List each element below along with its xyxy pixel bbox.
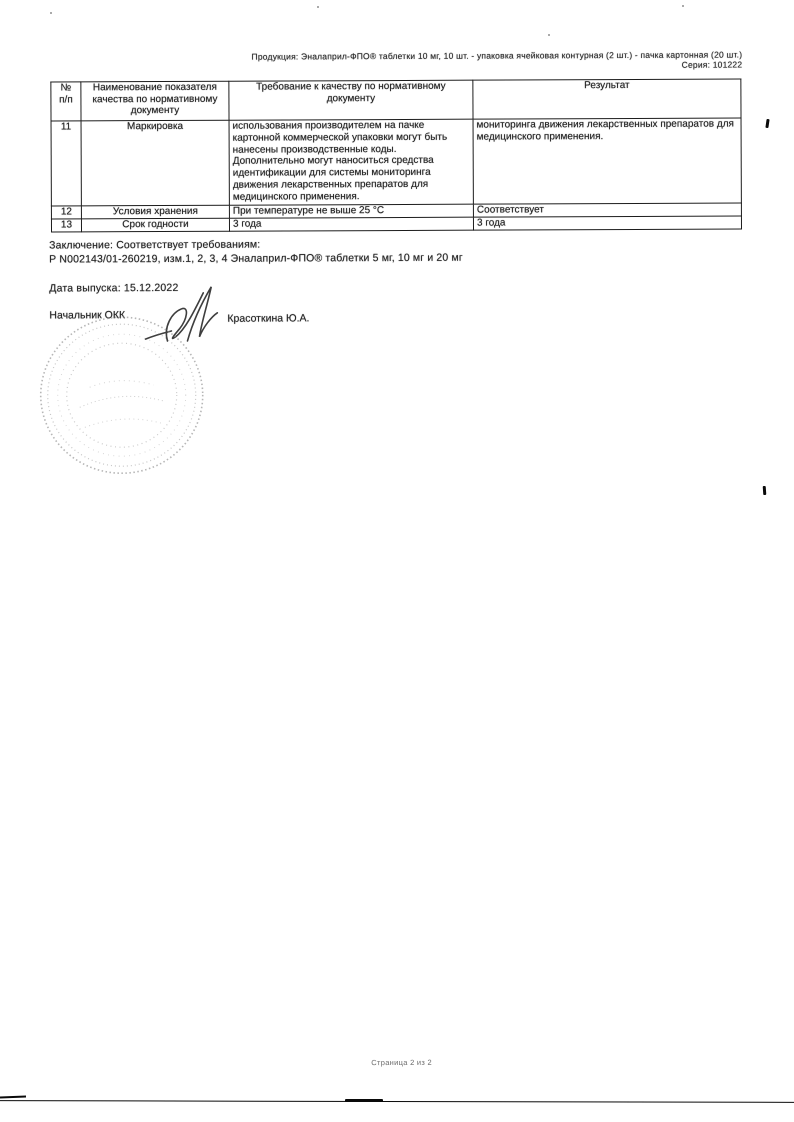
col-header-result: Результат [473,79,741,119]
row-result: 3 года [473,216,741,230]
scan-speck [548,34,550,36]
signer-name: Красоткина Ю.А. [227,312,309,324]
page-number: Страница 2 из 2 [5,1056,794,1068]
table-row: 11 Маркировка использования производител… [51,118,741,206]
conclusion-line2: Р N002143/01-260219, изм.1, 2, 3, 4 Энал… [49,251,609,267]
col-header-name: Наименование показателя качества по норм… [81,81,229,121]
row-name: Условия хранения [81,205,229,219]
scan-speck [50,12,52,14]
table-header-row: № п/п Наименование показателя качества п… [51,79,741,121]
conclusion-block: Заключение: Соответствует требованиям: Р… [49,237,609,266]
company-seal-stamp-icon [29,307,214,489]
row-num: 13 [51,219,81,232]
scan-speck [317,6,319,8]
row-requirement: использования производителем на пачке ка… [229,119,473,205]
row-requirement: При температуре не выше 25 °С [229,204,473,218]
scan-artifact-bottom-thick [345,1099,383,1102]
row-name: Маркировка [81,120,229,206]
table-row: 13 Срок годности 3 года 3 года [51,216,741,232]
scan-artifact-right-mark [763,486,767,495]
row-requirement: 3 года [229,217,473,231]
scanned-page-content: Продукция: Эналаприл-ФПО® таблетки 10 мг… [0,0,794,1122]
col-header-requirement: Требование к качеству по нормативному до… [229,80,473,120]
scan-speck [682,5,684,7]
row-result: мониторинга движения лекарственных препа… [473,118,741,204]
document-header: Продукция: Эналаприл-ФПО® таблетки 10 мг… [182,49,742,71]
quality-table: № п/п Наименование показателя качества п… [50,78,742,232]
col-header-num: № п/п [51,82,81,121]
row-result: Соответствует [473,203,741,217]
row-name: Срок годности [81,218,229,232]
row-num: 11 [51,121,81,206]
scanned-quality-certificate-page: { "header": { "product_line": "Продукция… [0,0,794,1122]
row-num: 12 [51,206,81,219]
